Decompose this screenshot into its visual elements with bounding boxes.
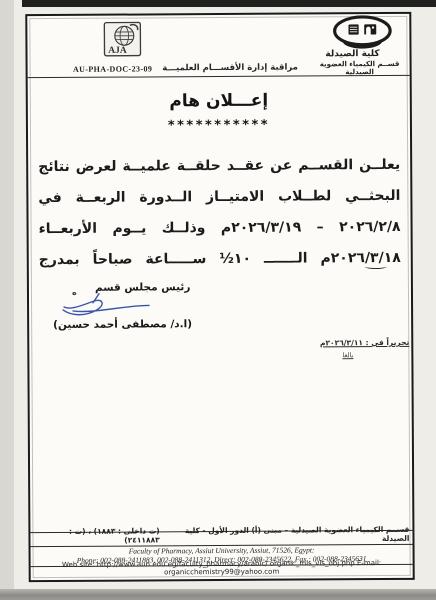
footer-arabic-row: قســم الكيمياء العضوية الصيدلية – مبنى (… [33,525,409,545]
document-frame: AJA AU-PHA-DOC-23-09 مراقبة إدارة الأقسـ… [25,12,414,582]
signature-name: (ا.د/ مصطفى أحمد حسين) [53,318,192,331]
scan-edge-bottom [0,589,436,600]
university-emblem [325,15,399,52]
faculty-label: كلية الصيدلة [307,49,397,60]
building-icon [364,24,376,34]
footer-dept-address: قســم الكيمياء العضوية الصيدلية – مبنى (… [160,525,410,545]
announcement-body: يعلــن القســم عن عقــد حلقــة علميــة ل… [38,150,401,276]
header-divider [28,75,410,78]
handwritten-signature [59,291,151,322]
header-center-label: مراقبة إدارة الأقســـام العلميـــة [158,62,303,73]
aja-logo-text: AJA [108,46,127,56]
body-line: البحثــي لطــلاب الامتيــاز الــدورة الر… [38,181,400,214]
footer-web-email: Web site: http://www.aun.edu.eg/faculty_… [31,559,413,577]
scan-edge-left [0,0,14,600]
announcement-title: إعـــلان هام [28,90,410,112]
issue-note: بالغا [342,351,353,359]
scan-edge-top [22,0,436,7]
document-code: AU-PHA-DOC-23-09 [52,64,174,74]
body-line: يعلــن القســم عن عقــد حلقــة علميــة ل… [38,150,400,183]
aja-accreditation-logo: AJA [103,21,141,57]
body-line: ٢٠٢٦/٣/١٨م الـــــــ ١٠½ ســـــاعة صباحا… [39,243,401,276]
stars-separator: *********** [28,117,410,134]
issue-date: تحريراً في : ٢٠٢٦/٣/١١م [320,338,409,348]
book-icon [348,24,358,34]
scanned-announcement-page: AJA AU-PHA-DOC-23-09 مراقبة إدارة الأقسـ… [0,0,436,600]
footer-phones-arabic: (ت داخلى : ١٨٨٣) ، (ت : ٢٤١١٨٨٣) [33,526,159,545]
body-line: ٢٠٢٦/٢/٨ – ٢٠٢٦/٣/١٩م وذلــك يــوم الأرب… [38,212,400,245]
